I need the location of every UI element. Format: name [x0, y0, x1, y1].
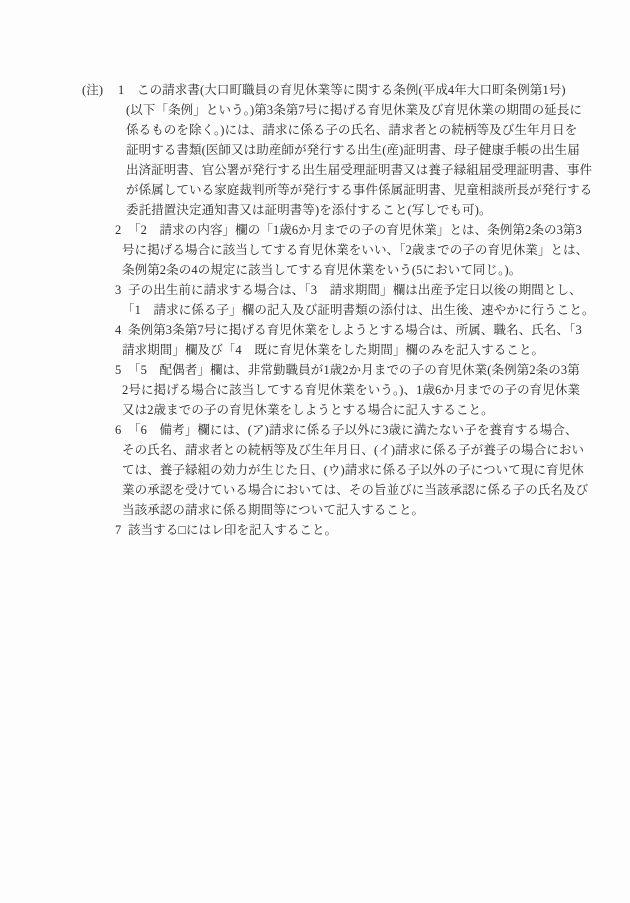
note-line-numbered: 4条例第3条第7号に掲げる育児休業をしようとする場合は、所属、職名、氏名、「3 — [115, 320, 630, 340]
note-line-text: 「2 請求の内容」欄の「1歳6か月までの子の育児休業」とは、条例第2条の3第3 — [128, 223, 582, 237]
note-line-numbered: 6「6 備考」欄には、(ア)請求に係る子以外に3歳に満たない子を養育する場合、 — [115, 420, 630, 440]
note-line-continuation: 請求期間」欄及び「4 既に育児休業をした期間」欄のみを記入すること。 — [122, 340, 630, 360]
note-item-number: 5 — [115, 360, 128, 380]
note-line-continuation: 当該承認の請求に係る期間等について記入すること。 — [122, 500, 630, 520]
note-item-number: 3 — [115, 280, 128, 300]
note-line-text: 条例第3条第7号に掲げる育児休業をしようとする場合は、所属、職名、氏名、「3 — [128, 323, 582, 337]
note-line-continuation: 業の承認を受けている場合においては、その旨並びに当該承認に係る子の氏名及び — [122, 480, 630, 500]
note-item-number: 7 — [115, 520, 128, 540]
note-item-7: 7該当する□にはレ印を記入すること。 — [0, 520, 630, 540]
note-line-continuation: (以下「条例」という。)第3条第7号に掲げる育児休業及び育児休業の期間の延長に — [126, 100, 630, 120]
note-line-continuation: 条例第2条の4の規定に該当してする育児休業をいう(5において同じ。)。 — [122, 260, 630, 280]
note-item-number: 4 — [115, 320, 128, 340]
note-line-text: 該当する□にはレ印を記入すること。 — [128, 523, 337, 537]
note-item-number: 1 — [118, 80, 137, 100]
note-line-continuation: その氏名、請求者との続柄等及び生年月日、(イ)請求に係る子が養子の場合におい — [122, 440, 630, 460]
note-item-6: 6「6 備考」欄には、(ア)請求に係る子以外に3歳に満たない子を養育する場合、そ… — [0, 420, 630, 520]
note-line-text: この請求書(大口町職員の育児休業等に関する条例(平成4年大口町条例第1号) — [137, 83, 566, 97]
note-line-continuation: が係属している家庭裁判所等が発行する事件係属証明書、児童相談所長が発行する — [126, 180, 630, 200]
note-item-number: 2 — [115, 220, 128, 240]
note-line-continuation: 「1 請求に係る子」欄の記入及び証明書類の添付は、出生後、速やかに行うこと。 — [122, 300, 630, 320]
notes-block: (注)1この請求書(大口町職員の育児休業等に関する条例(平成4年大口町条例第1号… — [0, 80, 630, 540]
note-line-text: 「5 配偶者」欄は、非常勤職員が1歳2か月までの子の育児休業(条例第2条の3第 — [128, 363, 580, 377]
note-item-4: 4条例第3条第7号に掲げる育児休業をしようとする場合は、所属、職名、氏名、「3請… — [0, 320, 630, 360]
note-line-text: 子の出生前に請求する場合は、「3 請求期間」欄は出産予定日以後の期間とし、 — [128, 283, 582, 297]
note-line-numbered: 3子の出生前に請求する場合は、「3 請求期間」欄は出産予定日以後の期間とし、 — [115, 280, 630, 300]
note-line-numbered: (注)1この請求書(大口町職員の育児休業等に関する条例(平成4年大口町条例第1号… — [82, 80, 630, 100]
note-line-numbered: 7該当する□にはレ印を記入すること。 — [115, 520, 630, 540]
note-line-numbered: 2「2 請求の内容」欄の「1歳6か月までの子の育児休業」とは、条例第2条の3第3 — [115, 220, 630, 240]
note-line-continuation: 証明する書類(医師又は助産師が発行する出生(産)証明書、母子健康手帳の出生届 — [126, 140, 630, 160]
document-page: (注)1この請求書(大口町職員の育児休業等に関する条例(平成4年大口町条例第1号… — [0, 0, 630, 903]
note-line-continuation: 係るものを除く。)には、請求に係る子の氏名、請求者との続柄等及び生年月日を — [126, 120, 630, 140]
note-item-2: 2「2 請求の内容」欄の「1歳6か月までの子の育児休業」とは、条例第2条の3第3… — [0, 220, 630, 280]
note-line-continuation: 又は2歳までの子の育児休業をしようとする場合に記入すること。 — [122, 400, 630, 420]
note-item-5: 5「5 配偶者」欄は、非常勤職員が1歳2か月までの子の育児休業(条例第2条の3第… — [0, 360, 630, 420]
note-line-continuation: 出済証明書、官公署が発行する出生届受理証明書又は養子縁組届受理証明書、事件 — [126, 160, 630, 180]
note-line-text: 「6 備考」欄には、(ア)請求に係る子以外に3歳に満たない子を養育する場合、 — [128, 423, 578, 437]
note-item-3: 3子の出生前に請求する場合は、「3 請求期間」欄は出産予定日以後の期間とし、「1… — [0, 280, 630, 320]
note-line-continuation: 委託措置決定通知書又は証明書等)を添付すること(写しでも可)。 — [126, 200, 630, 220]
note-line-continuation: 号に掲げる場合に該当してする育児休業をいい、「2歳までの子の育児休業」とは、 — [122, 240, 630, 260]
notes-label: (注) — [82, 80, 118, 100]
note-line-continuation: ては、養子縁組の効力が生じた日、(ウ)請求に係る子以外の子について現に育児休 — [122, 460, 630, 480]
note-line-continuation: 2号に掲げる場合に該当してする育児休業をいう。)、1歳6か月までの子の育児休業 — [122, 380, 630, 400]
note-line-numbered: 5「5 配偶者」欄は、非常勤職員が1歳2か月までの子の育児休業(条例第2条の3第 — [115, 360, 630, 380]
note-item-number: 6 — [115, 420, 128, 440]
note-item-1: (注)1この請求書(大口町職員の育児休業等に関する条例(平成4年大口町条例第1号… — [0, 80, 630, 220]
